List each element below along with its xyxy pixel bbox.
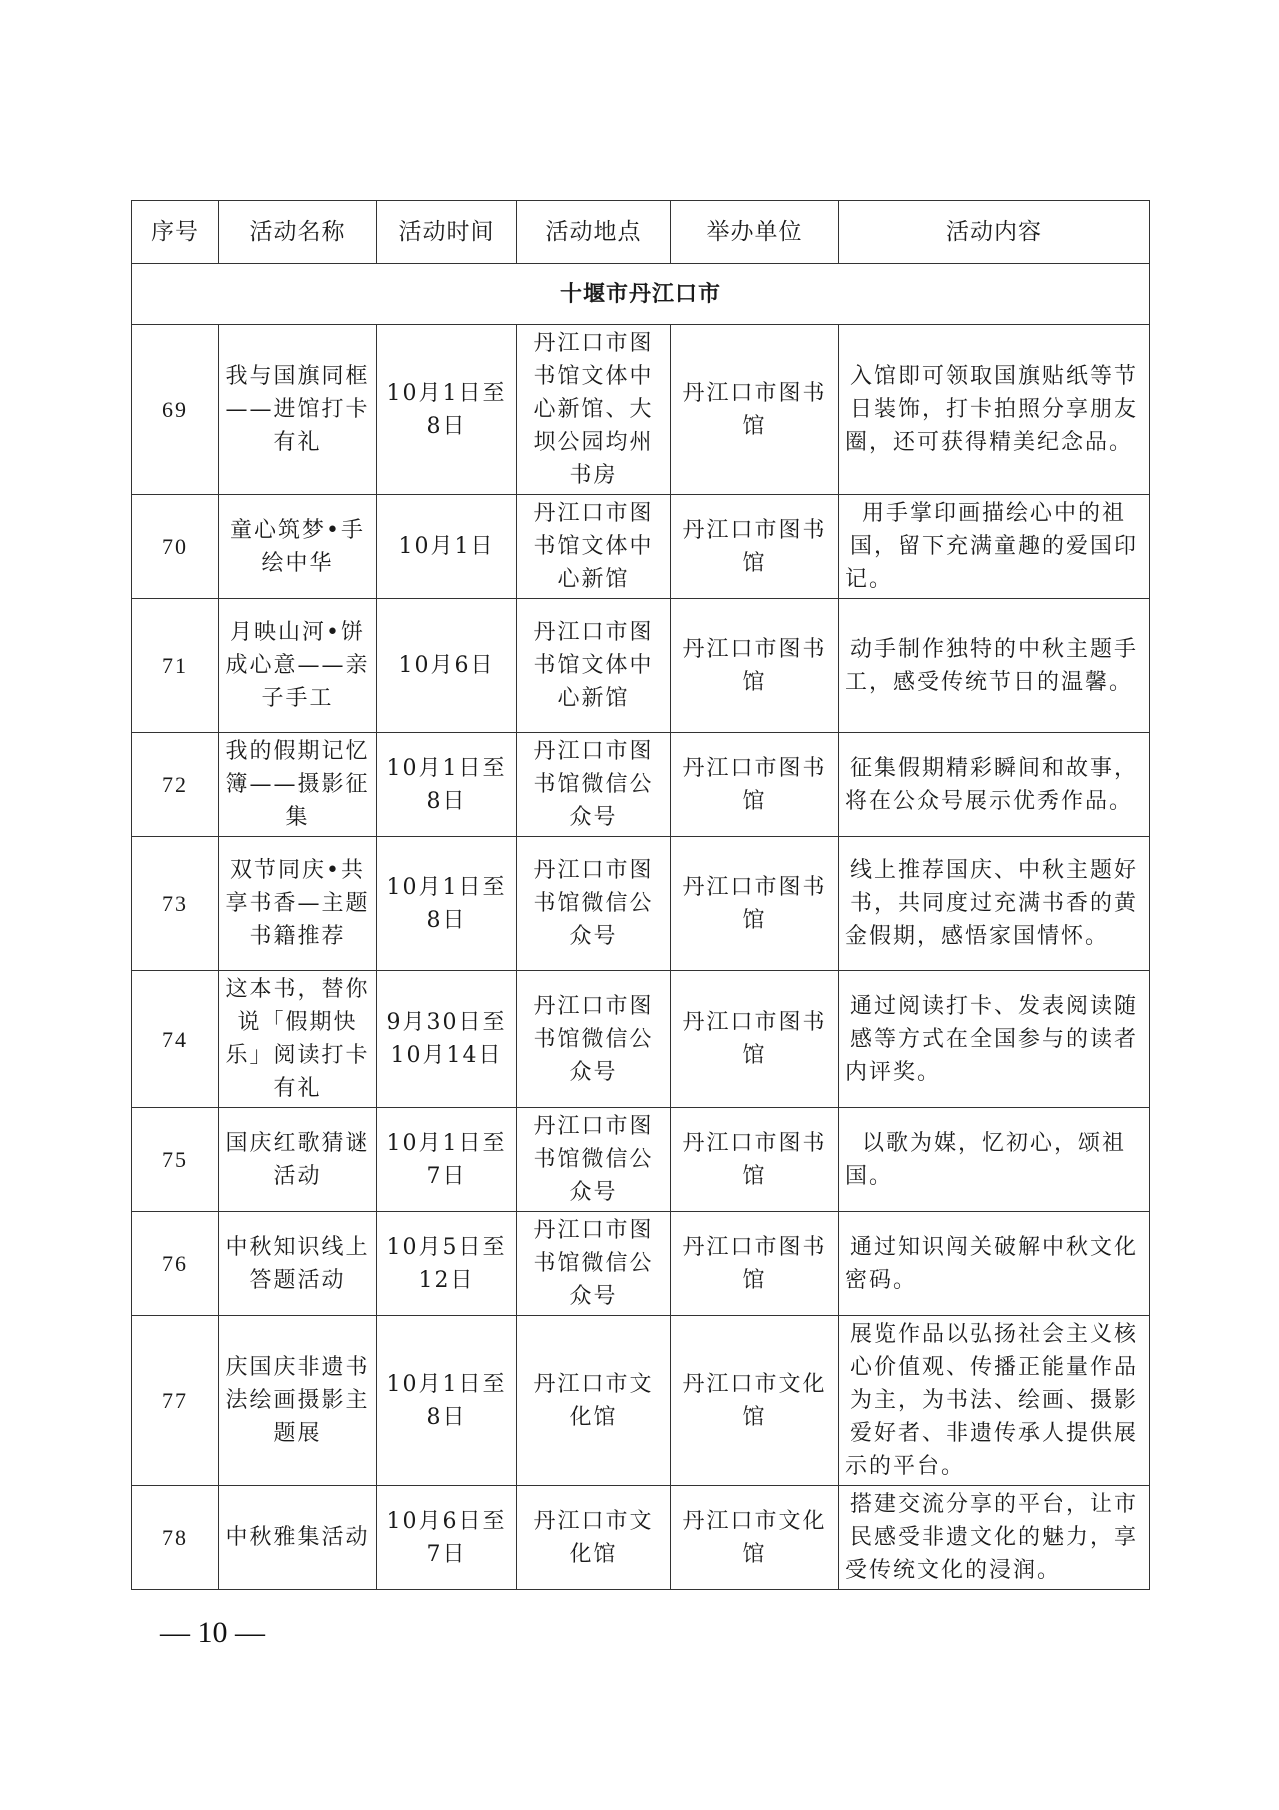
row-number: 75 bbox=[132, 1108, 219, 1212]
activity-time: 10月1日至8日 bbox=[377, 325, 517, 495]
header-content: 活动内容 bbox=[839, 201, 1150, 264]
header-no: 序号 bbox=[132, 201, 219, 264]
activity-content: 用手掌印画描绘心中的祖国，留下充满童趣的爱国印记。 bbox=[839, 495, 1150, 599]
activity-table: 序号 活动名称 活动时间 活动地点 举办单位 活动内容 十堰市丹江口市 69我与… bbox=[131, 200, 1150, 1590]
activity-time: 10月6日 bbox=[377, 599, 517, 733]
activity-content: 通过知识闯关破解中秋文化密码。 bbox=[839, 1212, 1150, 1316]
activity-name: 月映山河•饼成心意——亲子手工 bbox=[219, 599, 377, 733]
row-number: 77 bbox=[132, 1316, 219, 1486]
activity-name: 庆国庆非遗书法绘画摄影主题展 bbox=[219, 1316, 377, 1486]
header-organizer: 举办单位 bbox=[671, 201, 839, 264]
activity-content: 线上推荐国庆、中秋主题好书，共同度过充满书香的黄金假期，感悟家国情怀。 bbox=[839, 837, 1150, 971]
header-time: 活动时间 bbox=[377, 201, 517, 264]
activity-place: 丹江口市文化馆 bbox=[517, 1486, 671, 1590]
activity-organizer: 丹江口市图书馆 bbox=[671, 1108, 839, 1212]
row-number: 71 bbox=[132, 599, 219, 733]
activity-organizer: 丹江口市图书馆 bbox=[671, 1212, 839, 1316]
activity-organizer: 丹江口市图书馆 bbox=[671, 837, 839, 971]
activity-name: 这本书，替你说「假期快乐」阅读打卡有礼 bbox=[219, 971, 377, 1108]
activity-organizer: 丹江口市图书馆 bbox=[671, 733, 839, 837]
activity-place: 丹江口市图书馆微信公众号 bbox=[517, 1108, 671, 1212]
activity-name: 双节同庆•共享书香—主题书籍推荐 bbox=[219, 837, 377, 971]
table-row: 71月映山河•饼成心意——亲子手工10月6日丹江口市图书馆文体中心新馆丹江口市图… bbox=[132, 599, 1150, 733]
activity-time: 10月1日至8日 bbox=[377, 837, 517, 971]
activity-time: 10月6日至7日 bbox=[377, 1486, 517, 1590]
section-title: 十堰市丹江口市 bbox=[132, 264, 1150, 325]
activity-place: 丹江口市图书馆微信公众号 bbox=[517, 733, 671, 837]
activity-place: 丹江口市文化馆 bbox=[517, 1316, 671, 1486]
activity-name: 中秋知识线上答题活动 bbox=[219, 1212, 377, 1316]
activity-time: 10月1日至7日 bbox=[377, 1108, 517, 1212]
row-number: 73 bbox=[132, 837, 219, 971]
table-row: 75国庆红歌猜谜活动10月1日至7日丹江口市图书馆微信公众号丹江口市图书馆以歌为… bbox=[132, 1108, 1150, 1212]
activity-place: 丹江口市图书馆微信公众号 bbox=[517, 837, 671, 971]
activity-organizer: 丹江口市图书馆 bbox=[671, 495, 839, 599]
activity-time: 9月30日至10月14日 bbox=[377, 971, 517, 1108]
activity-name: 我与国旗同框——进馆打卡有礼 bbox=[219, 325, 377, 495]
activity-content: 征集假期精彩瞬间和故事，将在公众号展示优秀作品。 bbox=[839, 733, 1150, 837]
activity-place: 丹江口市图书馆微信公众号 bbox=[517, 971, 671, 1108]
section-row: 十堰市丹江口市 bbox=[132, 264, 1150, 325]
activity-content: 通过阅读打卡、发表阅读随感等方式在全国参与的读者内评奖。 bbox=[839, 971, 1150, 1108]
activity-place: 丹江口市图书馆微信公众号 bbox=[517, 1212, 671, 1316]
table-row: 70童心筑梦•手绘中华10月1日丹江口市图书馆文体中心新馆丹江口市图书馆用手掌印… bbox=[132, 495, 1150, 599]
table-row: 78中秋雅集活动10月6日至7日丹江口市文化馆丹江口市文化馆搭建交流分享的平台，… bbox=[132, 1486, 1150, 1590]
table-header-row: 序号 活动名称 活动时间 活动地点 举办单位 活动内容 bbox=[132, 201, 1150, 264]
page-number: — 10 — bbox=[160, 1616, 265, 1650]
activity-content: 展览作品以弘扬社会主义核心价值观、传播正能量作品为主，为书法、绘画、摄影爱好者、… bbox=[839, 1316, 1150, 1486]
activity-time: 10月1日 bbox=[377, 495, 517, 599]
activity-organizer: 丹江口市文化馆 bbox=[671, 1486, 839, 1590]
activity-organizer: 丹江口市图书馆 bbox=[671, 599, 839, 733]
activity-time: 10月5日至12日 bbox=[377, 1212, 517, 1316]
table-row: 72我的假期记忆簿——摄影征集10月1日至8日丹江口市图书馆微信公众号丹江口市图… bbox=[132, 733, 1150, 837]
table-row: 77庆国庆非遗书法绘画摄影主题展10月1日至8日丹江口市文化馆丹江口市文化馆展览… bbox=[132, 1316, 1150, 1486]
activity-place: 丹江口市图书馆文体中心新馆、大坝公园均州书房 bbox=[517, 325, 671, 495]
activity-time: 10月1日至8日 bbox=[377, 733, 517, 837]
row-number: 70 bbox=[132, 495, 219, 599]
activity-place: 丹江口市图书馆文体中心新馆 bbox=[517, 599, 671, 733]
row-number: 72 bbox=[132, 733, 219, 837]
activity-name: 我的假期记忆簿——摄影征集 bbox=[219, 733, 377, 837]
activity-place: 丹江口市图书馆文体中心新馆 bbox=[517, 495, 671, 599]
activity-name: 童心筑梦•手绘中华 bbox=[219, 495, 377, 599]
activity-content: 动手制作独特的中秋主题手工，感受传统节日的温馨。 bbox=[839, 599, 1150, 733]
activity-organizer: 丹江口市文化馆 bbox=[671, 1316, 839, 1486]
table-row: 74这本书，替你说「假期快乐」阅读打卡有礼9月30日至10月14日丹江口市图书馆… bbox=[132, 971, 1150, 1108]
header-name: 活动名称 bbox=[219, 201, 377, 264]
document-page: 序号 活动名称 活动时间 活动地点 举办单位 活动内容 十堰市丹江口市 69我与… bbox=[0, 0, 1279, 1810]
row-number: 78 bbox=[132, 1486, 219, 1590]
activity-content: 搭建交流分享的平台，让市民感受非遗文化的魅力，享受传统文化的浸润。 bbox=[839, 1486, 1150, 1590]
row-number: 76 bbox=[132, 1212, 219, 1316]
table-row: 73双节同庆•共享书香—主题书籍推荐10月1日至8日丹江口市图书馆微信公众号丹江… bbox=[132, 837, 1150, 971]
table-row: 76中秋知识线上答题活动10月5日至12日丹江口市图书馆微信公众号丹江口市图书馆… bbox=[132, 1212, 1150, 1316]
row-number: 69 bbox=[132, 325, 219, 495]
header-place: 活动地点 bbox=[517, 201, 671, 264]
activity-time: 10月1日至8日 bbox=[377, 1316, 517, 1486]
activity-content: 入馆即可领取国旗贴纸等节日装饰，打卡拍照分享朋友圈，还可获得精美纪念品。 bbox=[839, 325, 1150, 495]
activity-name: 国庆红歌猜谜活动 bbox=[219, 1108, 377, 1212]
activity-content: 以歌为媒，忆初心，颂祖国。 bbox=[839, 1108, 1150, 1212]
activity-name: 中秋雅集活动 bbox=[219, 1486, 377, 1590]
activity-organizer: 丹江口市图书馆 bbox=[671, 325, 839, 495]
activity-organizer: 丹江口市图书馆 bbox=[671, 971, 839, 1108]
table-row: 69我与国旗同框——进馆打卡有礼10月1日至8日丹江口市图书馆文体中心新馆、大坝… bbox=[132, 325, 1150, 495]
row-number: 74 bbox=[132, 971, 219, 1108]
